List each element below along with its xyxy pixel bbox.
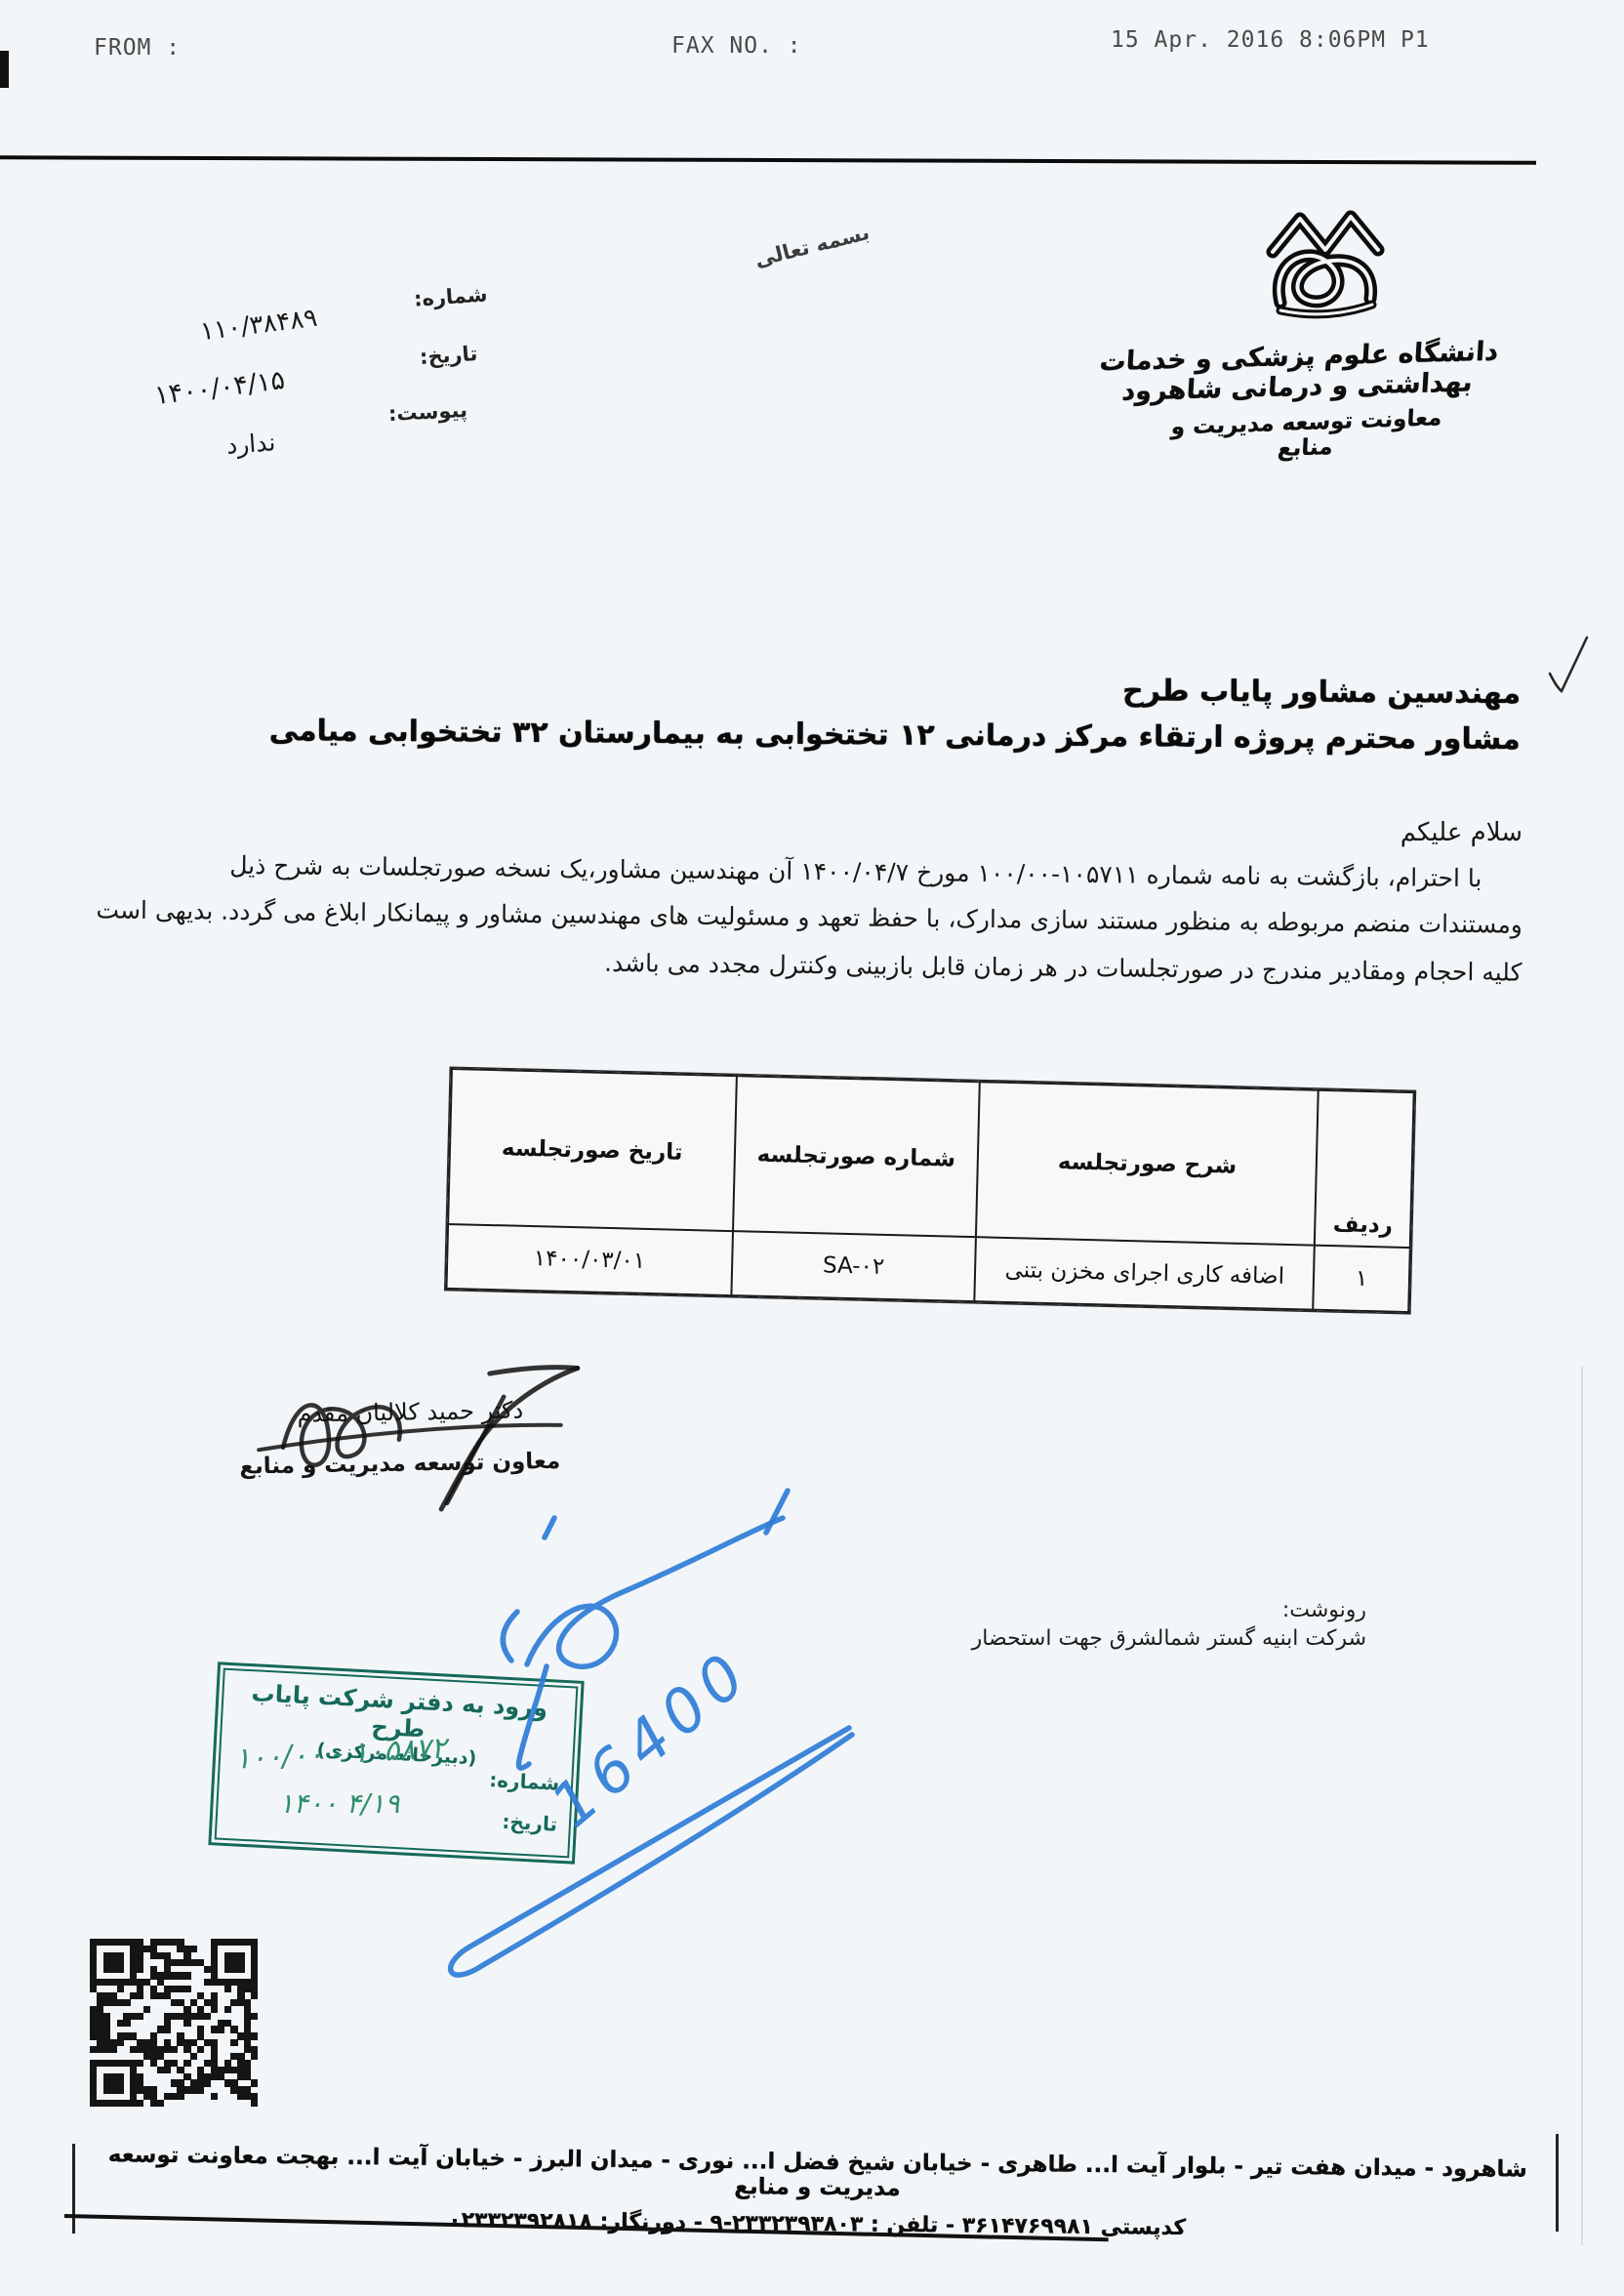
col-header-row-number: ردیف: [1315, 1090, 1414, 1248]
department-name: معاونت توسعه مدیریت و منابع: [1158, 405, 1454, 467]
cell-row-number: ۱: [1313, 1246, 1409, 1312]
stamp-date-handwritten: ۱۴۰۰ ۴/۱۹: [279, 1787, 400, 1820]
scan-edge-artifact: [0, 51, 9, 88]
recipient-line1: مهندسین مشاور پایاب طرح: [98, 667, 1521, 711]
ink-descender: [518, 1666, 547, 1768]
qr-code: [90, 1939, 258, 2107]
minutes-table-wrap: ردیف شرح صورتجلسه شماره صورتجلسه تاریخ ص…: [451, 1068, 1415, 1290]
cell-description: اضافه کاری اجرای مخزن بتنی: [975, 1237, 1315, 1309]
scan-streak-artifact: [1581, 1367, 1583, 2245]
col-header-description: شرح صورتجلسه: [976, 1082, 1318, 1245]
university-logo-icon: [1251, 201, 1400, 322]
header-divider-line: [0, 155, 1536, 165]
body-line3: کلیه احجام ومقادیر مندرج در صورتجلسات در…: [94, 941, 1522, 989]
meta-number-value: ۱۱۰/۳۸۴۸۹: [199, 304, 319, 347]
cell-minute-date: ۱۴۰۰/۰۳/۰۱: [446, 1224, 732, 1295]
bismillah-text: بسمه تعالی: [752, 221, 872, 271]
meta-date-value: ۱۴۰۰/۰۴/۱۵: [153, 365, 287, 411]
ink-cursive-word: [527, 1518, 783, 1666]
fax-number-label: FAX NO. :: [671, 33, 802, 59]
organization-name: دانشگاه علوم پزشکی و خدمات بهداشتی و درم…: [1042, 335, 1554, 409]
fax-document-page: FROM : FAX NO. : 15 Apr. 2016 8:06PM P1 …: [0, 0, 1624, 2296]
body-line2: ومستندات منضم مربوطه به منظور مستند سازی…: [95, 893, 1522, 941]
body-line1: با احترام، بازگشت به نامه شماره ۱۰۵۷۱۱-۱…: [95, 847, 1522, 895]
cc-label: رونوشت:: [932, 1597, 1366, 1625]
footer-address: شاهرود - میدان هفت تیر - بلوار آیت ا... …: [83, 2142, 1552, 2208]
meta-date-label: تاریخ:: [419, 342, 478, 369]
blue-ink-annotation: 16400: [400, 1420, 947, 2055]
table-header-row: ردیف شرح صورتجلسه شماره صورتجلسه تاریخ ص…: [448, 1069, 1414, 1248]
meta-number-label: شماره:: [413, 282, 488, 310]
meta-attachment-label: پیوست:: [387, 398, 467, 426]
footer-block: شاهرود - میدان هفت تیر - بلوار آیت ا... …: [83, 2142, 1553, 2244]
ink-paren: [503, 1612, 517, 1660]
minute-number-value: SA-۰۲: [823, 1252, 885, 1280]
fax-timestamp: 15 Apr. 2016 8:06PM P1: [1111, 27, 1430, 53]
cc-recipient: شرکت ابنیه گستر شمالشرق جهت استحضار: [932, 1625, 1366, 1654]
letter-body: با احترام، بازگشت به نامه شماره ۱۰۵۷۱۱-۱…: [94, 847, 1522, 989]
handwritten-checkmark: [1544, 631, 1591, 701]
recipient-line2: مشاور محترم پروژه ارتقاء مرکز درمانی ۱۲ …: [98, 713, 1521, 757]
col-header-minute-number: شماره صورتجلسه: [733, 1076, 981, 1237]
recipient-block: مهندسین مشاور پایاب طرح مشاور محترم پروژ…: [98, 667, 1522, 757]
ink-tick: [545, 1518, 554, 1537]
cell-minute-number: SA-۰۲: [731, 1231, 976, 1301]
footer-contact: کدپستی ۳۶۱۴۷۶۹۹۸۱ - تلفن : ۲۳۳۲۳۹۳۸۰۳-۹ …: [83, 2204, 1552, 2244]
col-header-minute-date: تاریخ صورتجلسه: [448, 1069, 736, 1231]
footer-right-border: [1556, 2134, 1559, 2232]
salutation: سلام علیکم: [100, 818, 1522, 847]
fax-from-label: FROM :: [94, 35, 181, 61]
minute-date-value: ۱۴۰۰/۰۳/۰۱: [534, 1246, 646, 1274]
footer-left-border: [72, 2144, 75, 2234]
minutes-table: ردیف شرح صورتجلسه شماره صورتجلسه تاریخ ص…: [445, 1068, 1414, 1313]
meta-attachment-value: ندارد: [225, 428, 276, 459]
cc-block: رونوشت: شرکت ابنیه گستر شمالشرق جهت استح…: [932, 1597, 1366, 1653]
